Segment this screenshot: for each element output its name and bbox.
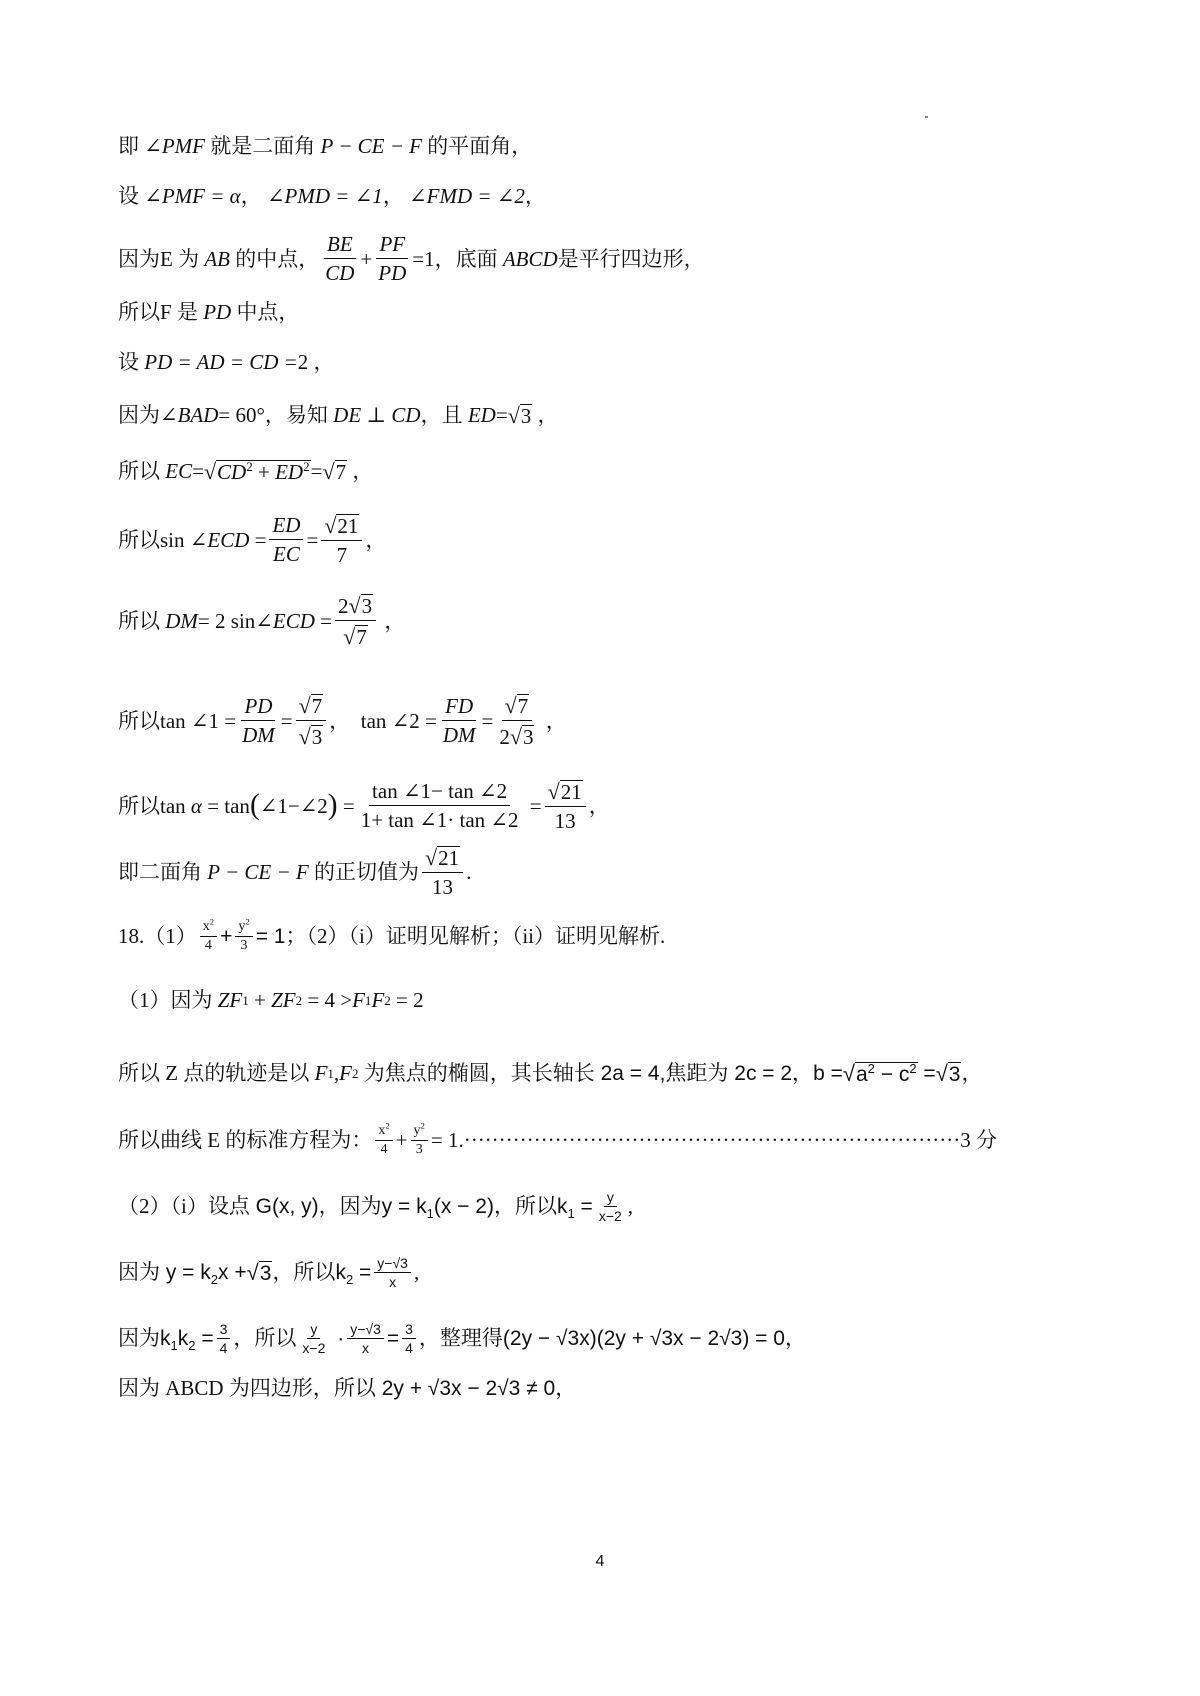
- fraction: PFPD: [375, 234, 409, 284]
- fraction: yx−2: [299, 1322, 328, 1355]
- text: 2c = 2，: [734, 1063, 813, 1084]
- text: （1）因为: [118, 990, 213, 1011]
- fraction: EDEC: [269, 515, 303, 565]
- text: 的平面角，: [427, 136, 532, 157]
- fraction: 34: [402, 1322, 416, 1355]
- fraction: x24: [200, 920, 217, 953]
- part-2i-line-3: 因为 k1k2 = 34 ，所以 yx−2 · y−√3x= 34 ，整理得 (…: [118, 1322, 806, 1355]
- text: 因为: [118, 1262, 160, 1283]
- solution-line-5: 设 PD = AD = CD = 2 ，: [118, 352, 335, 373]
- text: ；（2）（i）证明见解析；（ii）证明见解析.: [285, 926, 665, 947]
- fraction: tan ∠1− tan ∠21+ tan ∠1· tan ∠2: [358, 781, 522, 831]
- fraction: BECD: [322, 234, 357, 284]
- text: 2a = 4,焦距为: [601, 1063, 729, 1084]
- text: 设: [118, 186, 139, 207]
- text: 所以: [118, 711, 160, 732]
- text: 因为: [118, 249, 160, 270]
- text: E 为: [160, 249, 199, 270]
- text: 的正切值为: [314, 862, 419, 883]
- fraction: 34: [217, 1322, 231, 1355]
- part-2i-line-2: 因为 y = k2x + √3 ，所以 k2 = y−√3x,: [118, 1256, 419, 1289]
- text: 因为: [118, 1328, 160, 1349]
- solution-line-1: 即 ∠PMF 就是二面角 P − CE − F 的平面角，: [118, 136, 532, 157]
- fraction: y23: [411, 1124, 428, 1157]
- solution-line-12: 即二面角 P − CE − F 的正切值为 √2113.: [118, 846, 471, 898]
- fraction: √7√3: [296, 694, 327, 748]
- fraction: y−√3x: [374, 1256, 411, 1289]
- text: ，所以: [272, 1262, 335, 1283]
- scan-speck: [925, 116, 928, 118]
- text: ，因为: [319, 1196, 382, 1217]
- fraction: √72√3: [496, 694, 537, 748]
- dot-leader: ········································…: [464, 1130, 961, 1151]
- text: ，所以: [494, 1196, 557, 1217]
- page-number: 4: [0, 1553, 1200, 1571]
- solution-line-7: 所以 EC = √CD2 + ED2 = √7 ，: [118, 460, 373, 483]
- part-2i-line-4: 因为 ABCD 为四边形，所以 2y + √3x − 2√3 ≠ 0，: [118, 1378, 576, 1399]
- solution-line-4: 所以 F 是 PD 中点，: [118, 302, 299, 323]
- part-1-line-2: 所以 Z 点的轨迹是以 F1,F2 为焦点的椭圆，其长轴长 2a = 4,焦距为…: [118, 1062, 982, 1085]
- fraction: √2113: [545, 780, 586, 832]
- text: 设: [118, 352, 139, 373]
- text: ，底面: [435, 249, 498, 270]
- part-1-line-3: 所以曲线 E 的标准方程为： x24+ y23= 1. ············…: [118, 1124, 997, 1157]
- solution-line-8: 所以 sin ∠ECD = EDEC= √217，: [118, 514, 386, 566]
- solution-line-3: 因为 E 为 AB 的中点， BECD+ PFPD=1 ，底面 ABCD 是平行…: [118, 234, 705, 284]
- text: 因为 ABCD 为四边形，所以: [118, 1378, 376, 1399]
- text: 是平行四边形，: [558, 249, 705, 270]
- text: 所以: [118, 302, 160, 323]
- text: ，整理得: [419, 1328, 503, 1349]
- solution-line-6: 因为 ∠BAD = 60° ，易知 DE ⊥ CD ，且 ED = √3 ，: [118, 404, 559, 427]
- text: F 是: [160, 302, 198, 323]
- part-2i-line-1: （2）（i）设点 G(x, y) ，因为 y = k1(x − 2) ，所以 k…: [118, 1190, 633, 1223]
- solution-line-2: 设 ∠PMF = α， ∠PMD = ∠1， ∠FMD = ∠2，: [118, 186, 546, 207]
- score-label: 3 分: [960, 1130, 997, 1151]
- solution-line-9: 所以 DM = 2 sin ∠ECD = 2√3√7 ，: [118, 594, 405, 648]
- text: 为焦点的椭圆，其长轴长: [364, 1063, 595, 1084]
- part-1-line-1: （1）因为 ZF1 + ZF2 = 4 > F1F2 = 2: [118, 990, 424, 1011]
- text: 所以: [118, 461, 160, 482]
- text: ，且: [421, 405, 463, 426]
- text: 的中点，: [235, 249, 319, 270]
- text: 因为: [118, 405, 160, 426]
- fraction: √2113: [422, 846, 463, 898]
- fraction: 2√3√7: [335, 594, 376, 648]
- answer-18-summary: 18. （1） x24+ y23= 1 ；（2）（i）证明见解析；（ii）证明见…: [118, 920, 665, 953]
- text: （1）: [144, 926, 197, 947]
- fraction: √217: [321, 514, 362, 566]
- text: 所以曲线 E 的标准方程为：: [118, 1130, 372, 1151]
- text: 中点，: [236, 302, 299, 323]
- fraction: y−√3x: [347, 1322, 384, 1355]
- text: 所以 Z 点的轨迹是以: [118, 1063, 309, 1084]
- text: ，所以: [233, 1328, 296, 1349]
- fraction: y23: [235, 920, 252, 953]
- fraction: PDDM: [239, 696, 278, 746]
- text: 所以: [118, 611, 160, 632]
- text: ，易知: [265, 405, 328, 426]
- text: （2）（i）设点: [118, 1196, 250, 1217]
- text: 即: [118, 136, 139, 157]
- text: 就是二面角: [210, 136, 315, 157]
- fraction: FDDM: [440, 696, 479, 746]
- text: 所以: [118, 796, 160, 817]
- text: 即二面角: [118, 862, 202, 883]
- question-number: 18.: [118, 926, 144, 947]
- text: 所以: [118, 530, 160, 551]
- solution-line-11: 所以 tan α = tan(∠1−∠2) = tan ∠1− tan ∠21+…: [118, 780, 610, 832]
- document-page: 即 ∠PMF 就是二面角 P − CE − F 的平面角， 设 ∠PMF = α…: [0, 0, 1200, 1696]
- solution-line-10: 所以 tan ∠1 = PDDM= √7√3， tan ∠2 = FDDM= √…: [118, 694, 567, 748]
- fraction: yx−2: [596, 1190, 625, 1223]
- fraction: x24: [375, 1124, 392, 1157]
